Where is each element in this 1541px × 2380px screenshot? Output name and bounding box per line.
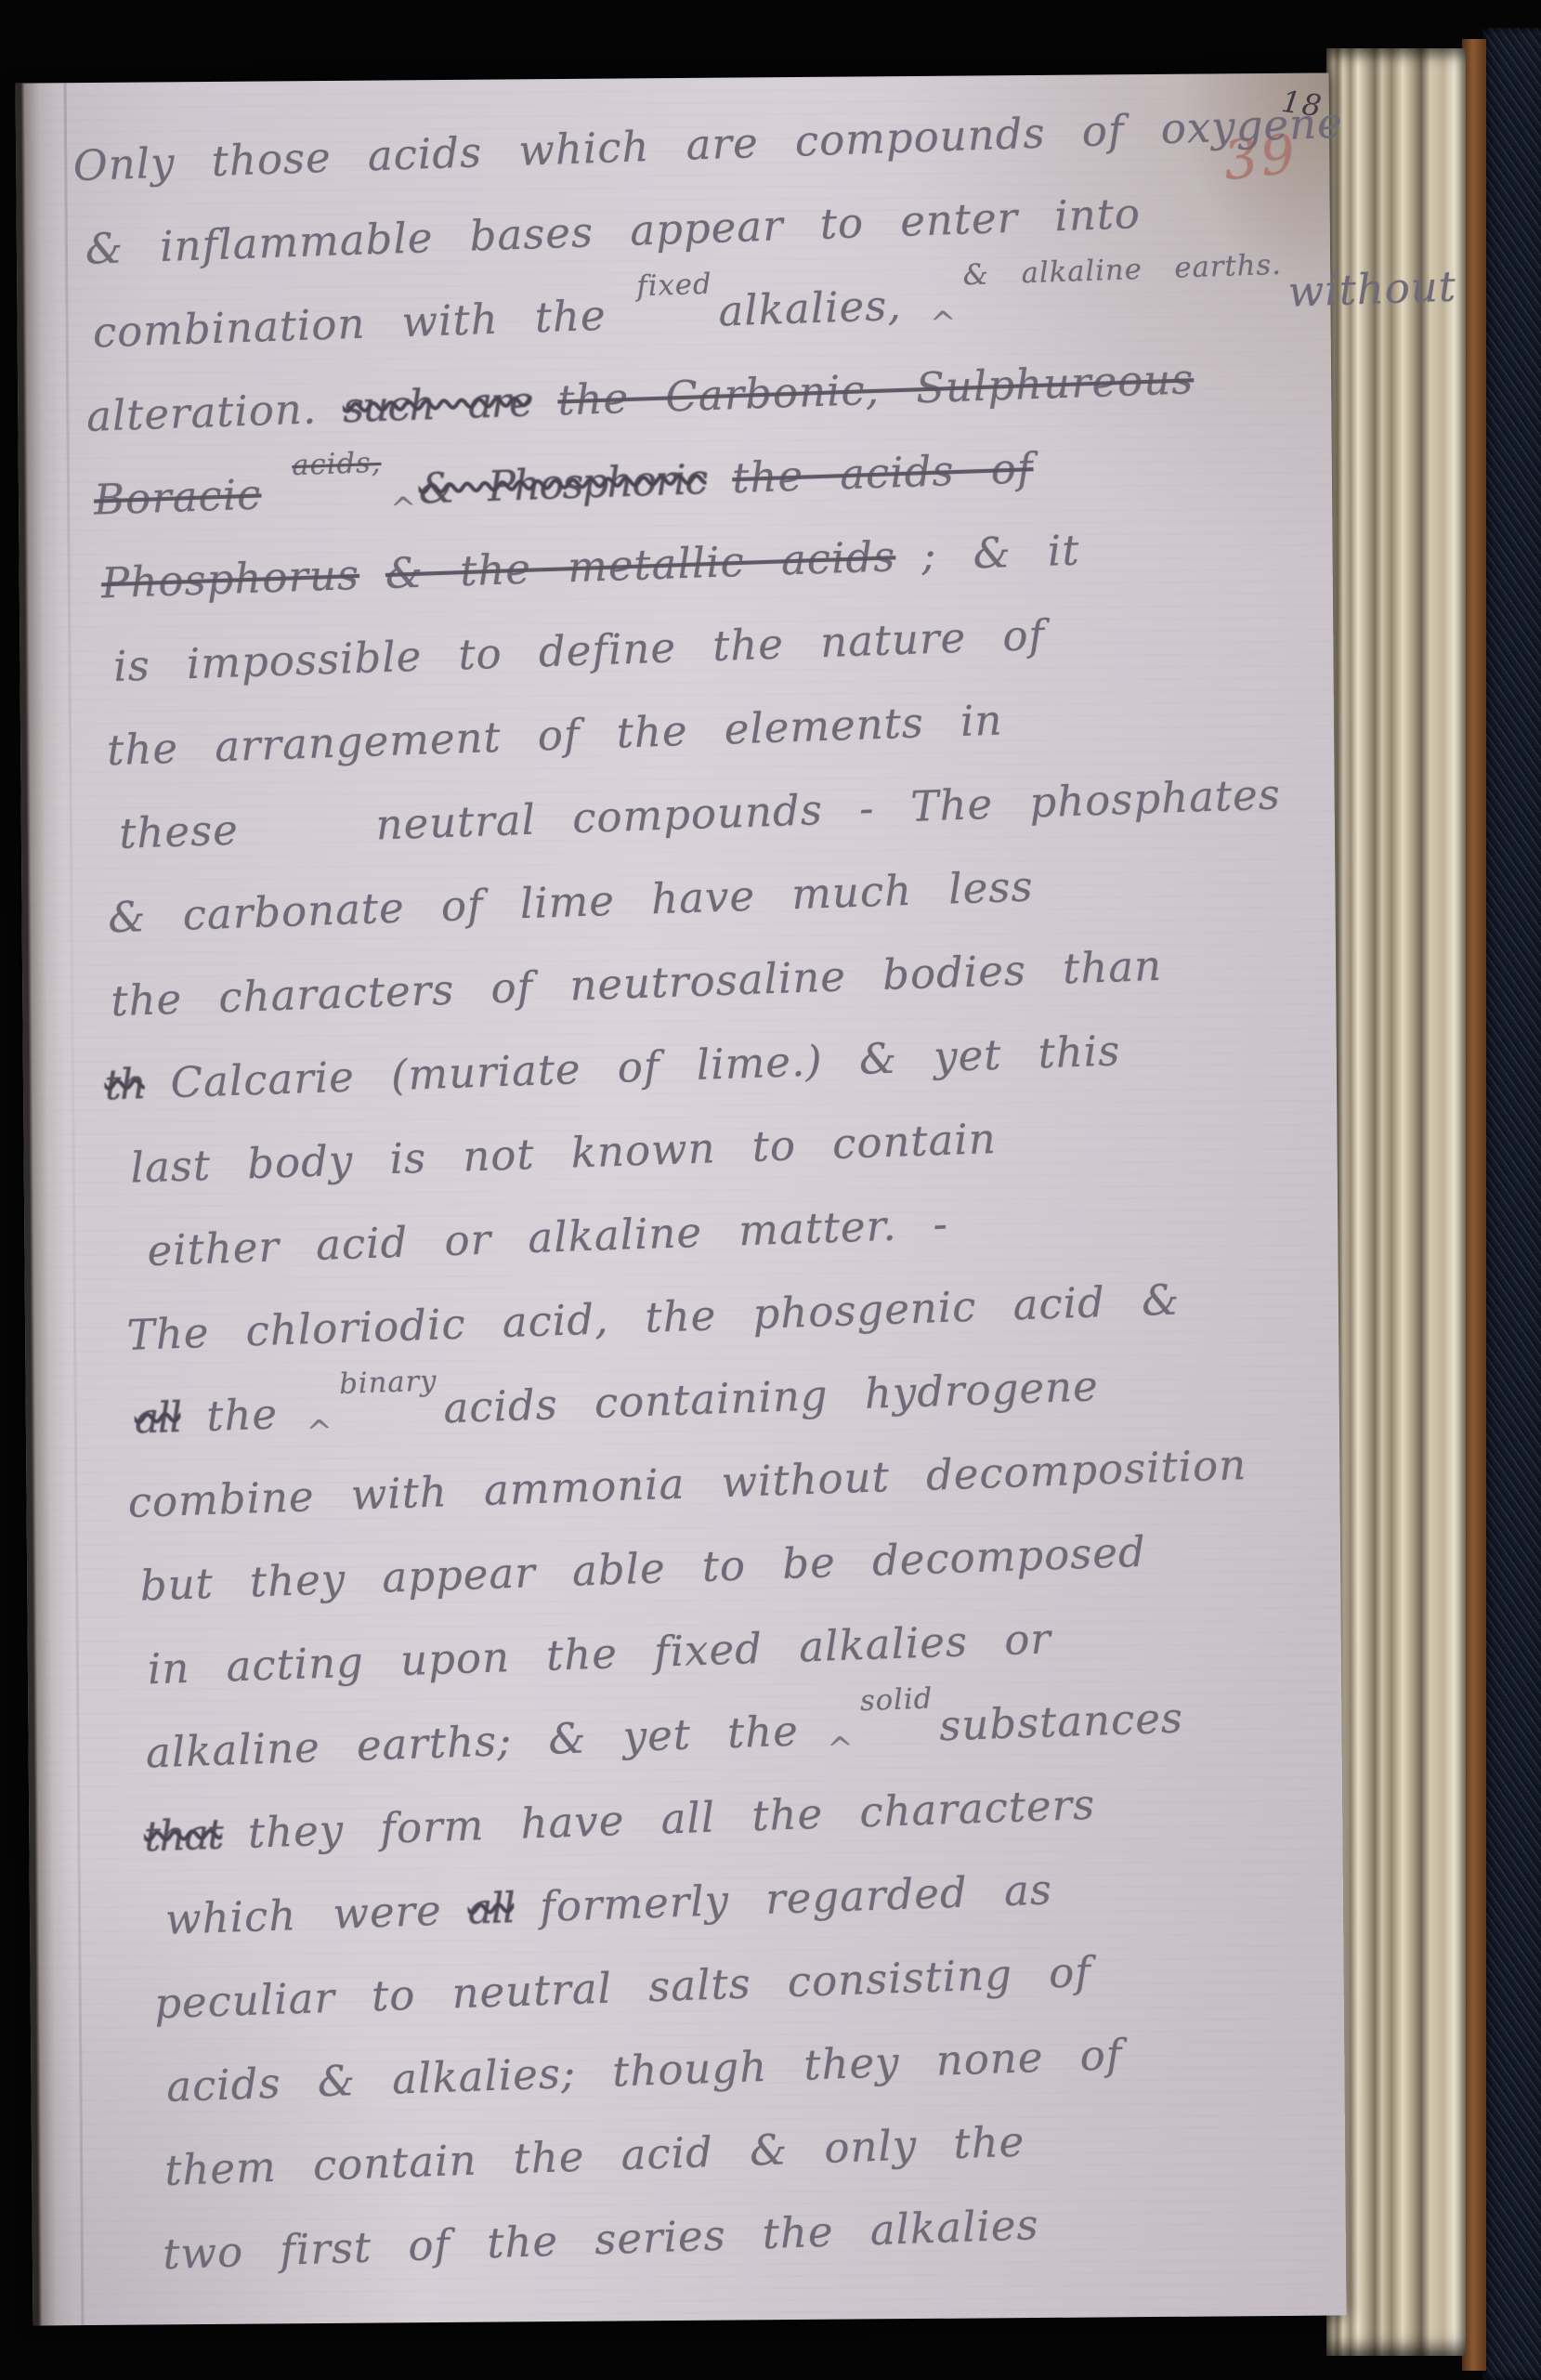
handwritten-text: the	[205, 1389, 278, 1441]
handwritten-text: acids containing hydrogene	[443, 1361, 1100, 1432]
handwritten-text: is impossible to define the nature of	[112, 610, 1046, 691]
inserted-text: solid	[860, 1699, 933, 1702]
inserted-text: fixed	[636, 285, 712, 288]
scribbled-out-text: such are	[342, 377, 532, 433]
struck-text: & the metallic acids	[385, 531, 896, 598]
handwritten-text: these	[118, 805, 239, 858]
scribbled-out-text: that	[143, 1810, 223, 1862]
scribbled-out-text: all	[134, 1393, 181, 1444]
struck-text: Boracic	[93, 469, 262, 524]
handwriting-block: Only those acids which are compounds of …	[72, 84, 1364, 2307]
struck-text: the Carbonic, Sulphureous	[557, 354, 1195, 425]
handwritten-text: formerly regarded as	[539, 1864, 1052, 1931]
struck-text: Phosphorus	[100, 550, 360, 608]
handwritten-text: them contain the acid & only the	[163, 2117, 1025, 2195]
handwritten-text: they form have all the characters	[247, 1780, 1096, 1858]
handwritten-text: & carbonate of lime have much less	[108, 861, 1035, 942]
handwritten-text: two first of the series the alkalies	[162, 2200, 1039, 2279]
inserted-text: & alkaline earths.	[963, 266, 1282, 277]
handwritten-text: either acid or alkaline matter. -	[147, 1199, 949, 1275]
caret-mark: ^	[929, 281, 959, 366]
scribbled-out-text: th	[104, 1059, 146, 1109]
caret-mark: ^	[305, 1390, 334, 1474]
caret-mark: ^	[826, 1707, 855, 1791]
handwritten-text: neutral compounds - The phosphates	[375, 769, 1282, 849]
book-cover	[1482, 28, 1541, 2380]
struck-text: the acids of	[731, 443, 1034, 503]
handwritten-text: alteration.	[85, 384, 318, 440]
handwritten-text: alkaline earths; & yet the	[145, 1707, 800, 1778]
handwritten-text: combination with the	[92, 291, 607, 358]
handwritten-text: ; & it	[921, 526, 1080, 581]
struck-inserted-text: acids,	[292, 464, 381, 466]
handwritten-text: which were	[164, 1886, 442, 1944]
caret-mark: ^	[389, 467, 419, 552]
handwritten-text: peculiar to neutral salts consisting of	[153, 1947, 1091, 2028]
inserted-text: binary	[339, 1381, 437, 1385]
scribbled-out-text: & Phosphoric	[418, 454, 707, 514]
handwritten-text: acids & alkalies; though they none of	[165, 2030, 1123, 2112]
handwritten-text: in acting upon the fixed alkalies or	[147, 1614, 1052, 1693]
handwritten-text: but they appear able to be decomposed	[139, 1527, 1147, 1611]
scribbled-out-text: all	[467, 1883, 515, 1934]
photographed-book: 18 39 Only those acids which are compoun…	[0, 0, 1541, 2380]
handwritten-text: last body is not known to contain	[130, 1114, 998, 1193]
handwritten-text: alkalies,	[718, 281, 903, 336]
handwritten-text: Calcarie (muriate of lime.) & yet this	[170, 1026, 1121, 1107]
handwritten-text: without	[1287, 262, 1457, 317]
manuscript-page: 18 39 Only those acids which are compoun…	[16, 72, 1347, 2325]
handwritten-text: substances	[938, 1693, 1183, 1750]
handwritten-text: the arrangement of the elements in	[106, 695, 1003, 775]
